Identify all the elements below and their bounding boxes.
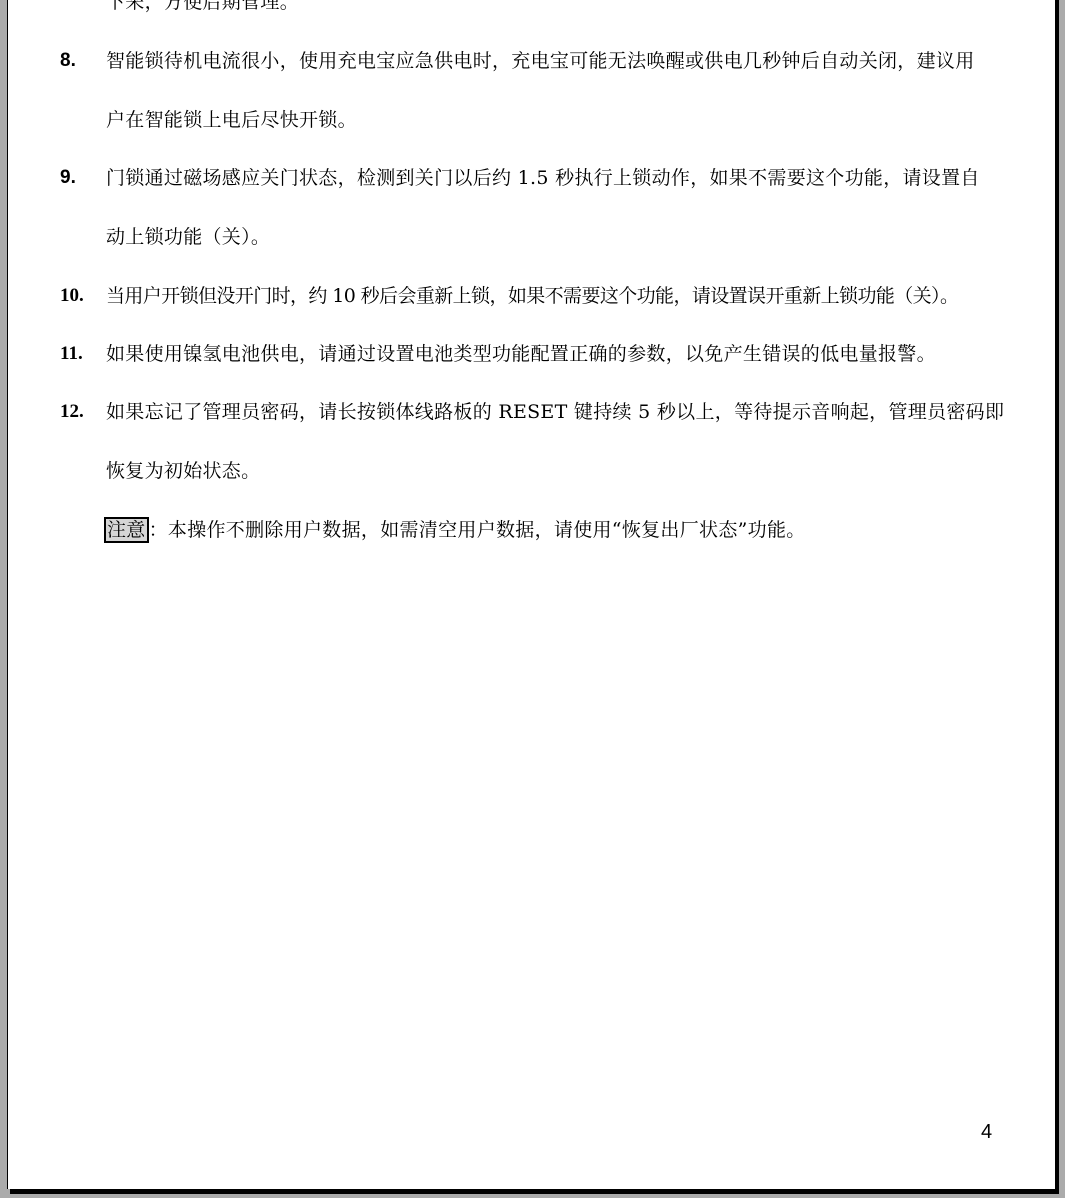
list-item-number: 9. [60,166,76,190]
list-item-text-line: 如果使用镍氢电池供电，请通过设置电池类型功能配置正确的参数，以免产生错误的低电量… [106,342,936,366]
list-item-number: 8. [60,49,76,73]
list-item-text-line: 如果忘记了管理员密码，请长按锁体线路板的 RESET 键持续 5 秒以上，等待提… [106,400,1004,424]
page-shadow-bottom [10,1189,1059,1194]
list-item-number: 12. [60,400,84,424]
note-label-highlight: 注意 [104,517,149,543]
page-number: 4 [981,1120,992,1144]
list-item-text-line: 恢复为初始状态。 [106,459,260,483]
page-shadow-right [1055,0,1059,1194]
continued-text-line: 下来，方便后期管理。 [106,0,299,14]
list-item-text-line: 当用户开锁但没开门时，约 10 秒后会重新上锁，如果不需要这个功能，请设置误开重… [106,284,958,308]
note-text: ：本操作不删除用户数据，如需清空用户数据，请使用“恢复出厂状态”功能。 [149,519,806,541]
list-item-text-line: 动上锁功能（关）。 [106,225,270,249]
document-viewport: 下来，方便后期管理。 8. 智能锁待机电流很小，使用充电宝应急供电时，充电宝可能… [0,0,1065,1198]
list-item-number: 11. [60,342,83,366]
note-paragraph: 注意：本操作不删除用户数据，如需清空用户数据，请使用“恢复出厂状态”功能。 [106,517,806,543]
list-item-text-line: 户在智能锁上电后尽快开锁。 [106,108,357,132]
list-item-text-line: 门锁通过磁场感应关门状态，检测到关门以后约 1.5 秒执行上锁动作，如果不需要这… [106,166,980,190]
list-item-text-line: 智能锁待机电流很小，使用充电宝应急供电时，充电宝可能无法唤醒或供电几秒钟后自动关… [106,49,975,73]
list-item-number: 10. [60,284,84,308]
